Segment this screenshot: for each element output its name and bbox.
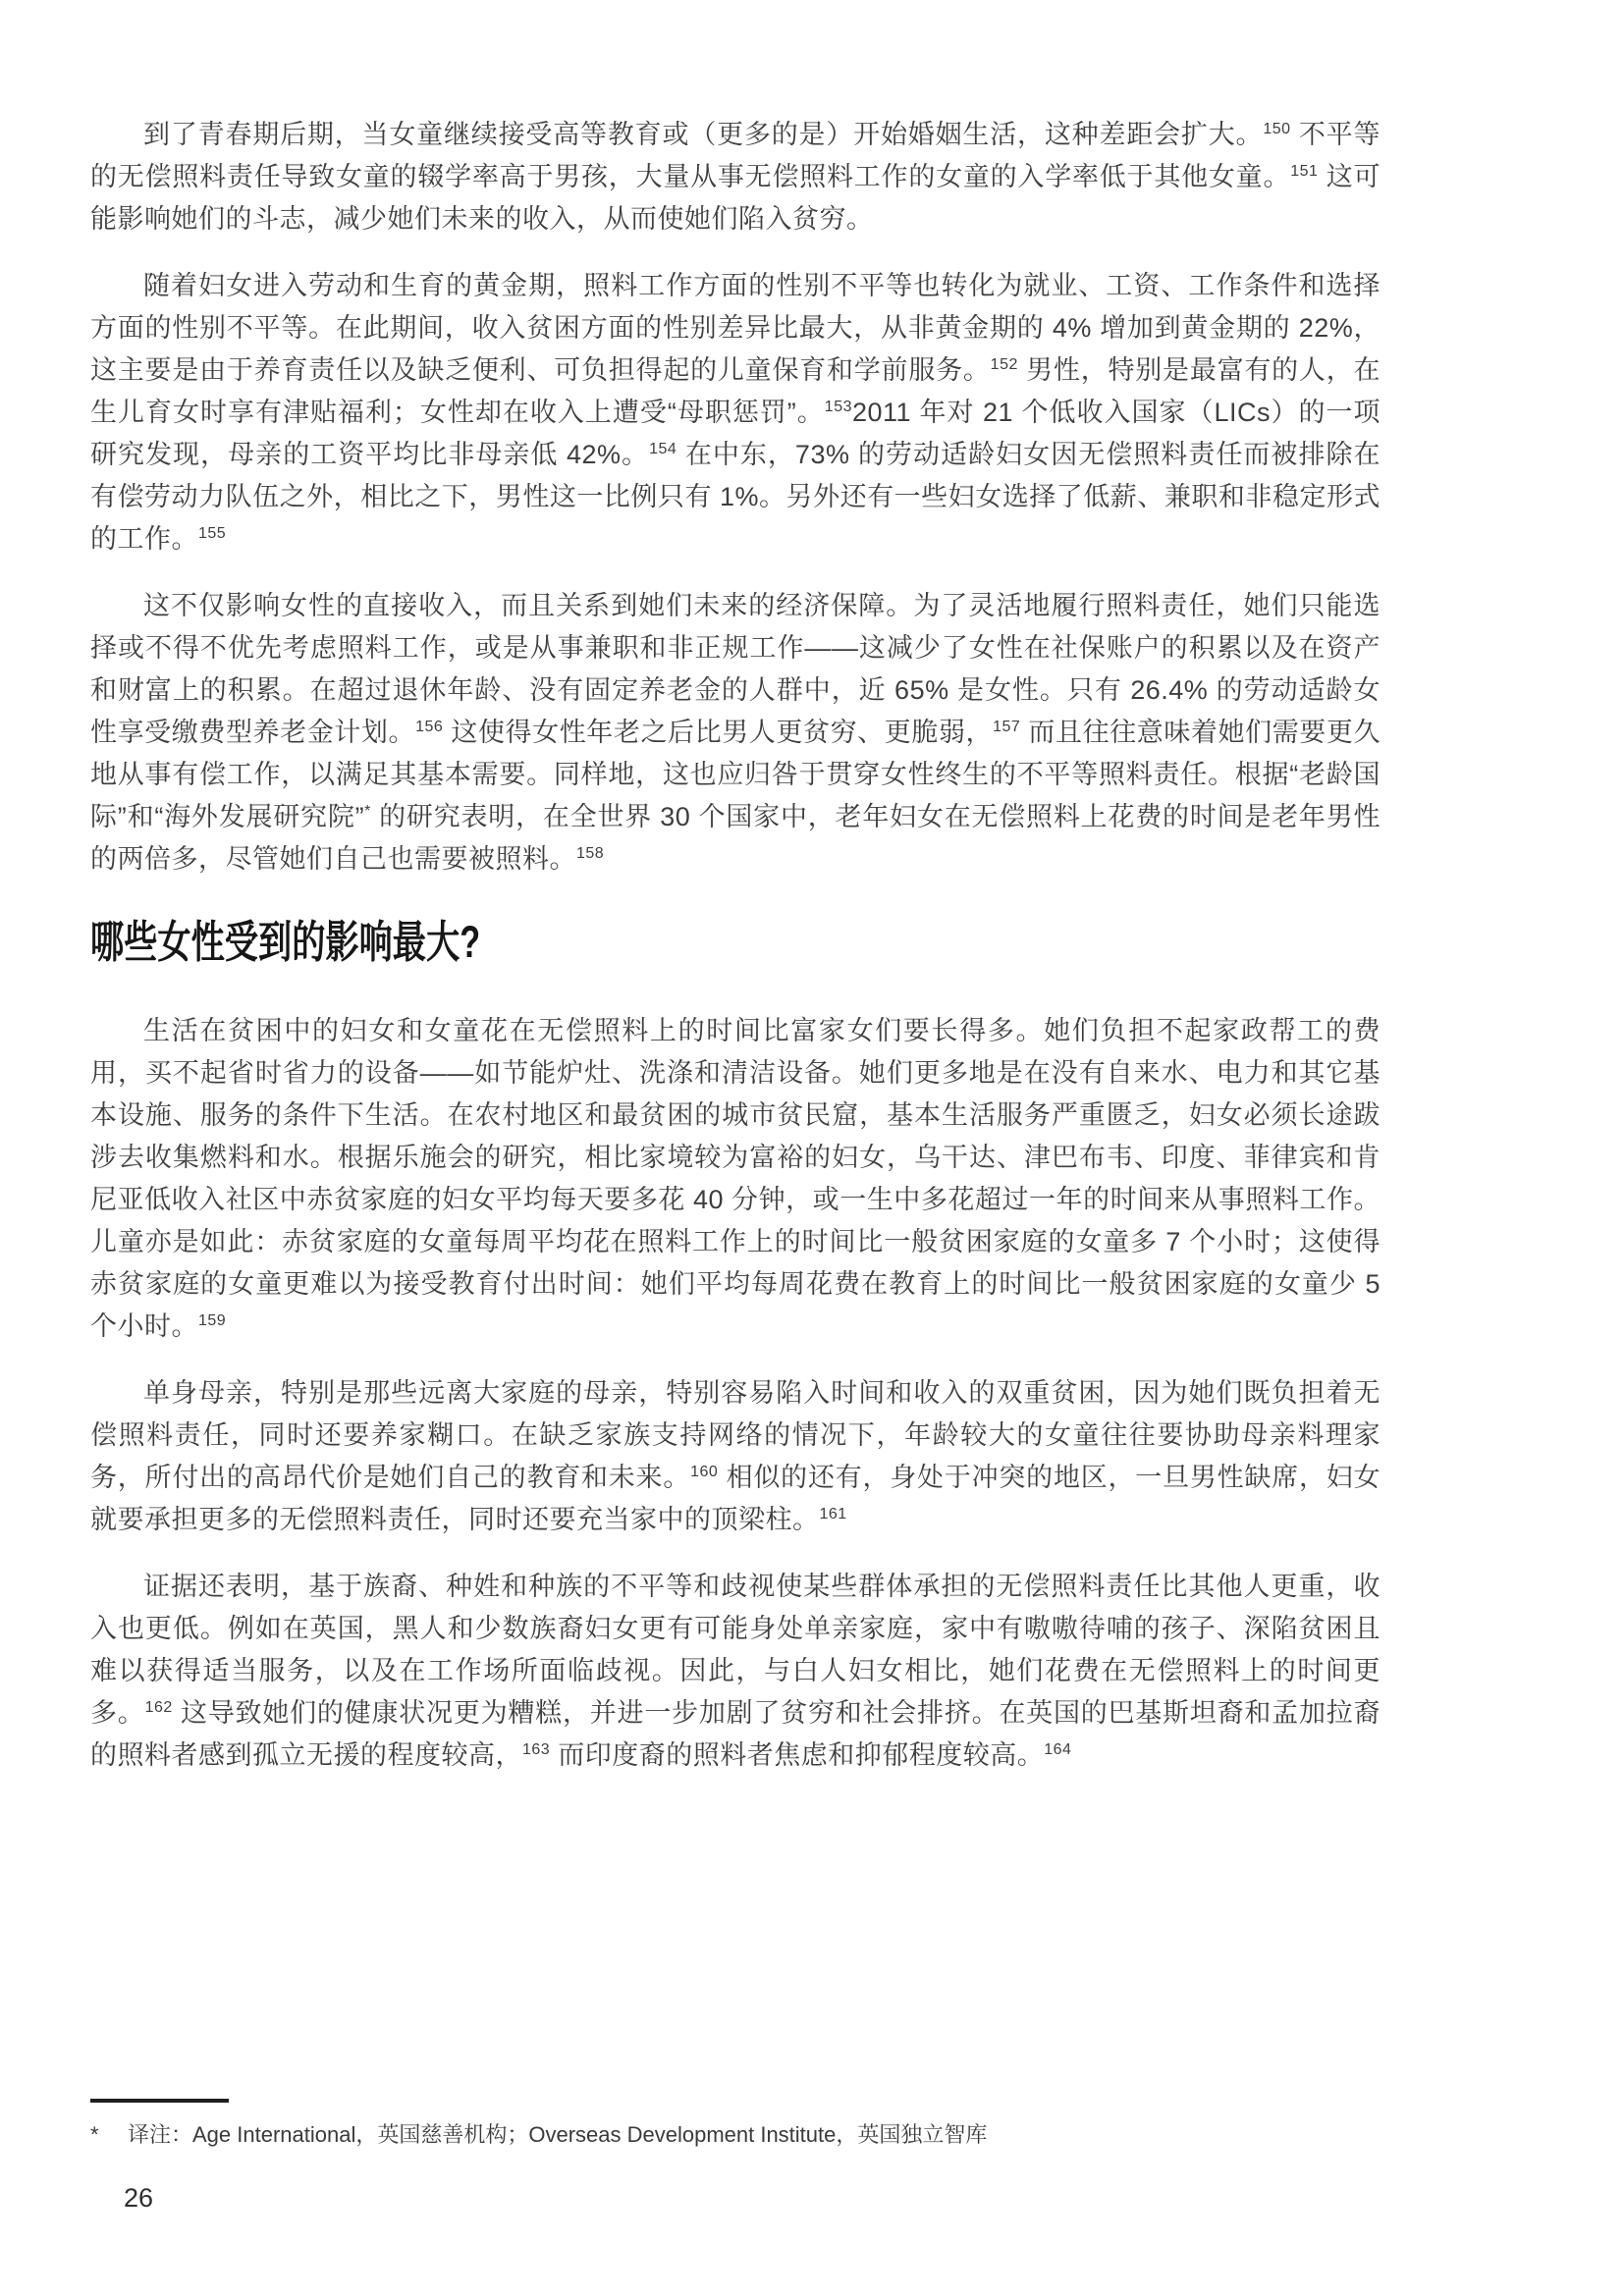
- footnote-ref: 151: [1290, 163, 1318, 180]
- footnote-ref: 162: [145, 1699, 173, 1716]
- footnote-ref: 150: [1263, 121, 1290, 137]
- footnote-ref: 161: [820, 1506, 847, 1522]
- footnote-ref: 159: [198, 1312, 226, 1329]
- page-number: 26: [124, 2183, 153, 2214]
- paragraph: 这不仅影响女性的直接收入，而且关系到她们未来的经济保障。为了灵活地履行照料责任，…: [90, 585, 1380, 881]
- footnote-ref: 152: [991, 356, 1018, 373]
- document-page: 到了青春期后期，当女童继续接受高等教育或（更多的是）开始婚姻生活，这种差距会扩大…: [0, 0, 1624, 2296]
- page-content: 到了青春期后期，当女童继续接受高等教育或（更多的是）开始婚姻生活，这种差距会扩大…: [90, 114, 1380, 1801]
- footnote-ref: 158: [576, 845, 604, 862]
- footnote-ref: 160: [690, 1464, 718, 1480]
- footnote-marker: *: [90, 2118, 128, 2152]
- footnote: * 译注：Age International，英国慈善机构；Overseas D…: [90, 2118, 1380, 2152]
- paragraph: 生活在贫困中的妇女和女童花在无偿照料上的时间比富家女们要长得多。她们负担不起家政…: [90, 1010, 1380, 1348]
- section-paragraphs: 生活在贫困中的妇女和女童花在无偿照料上的时间比富家女们要长得多。她们负担不起家政…: [90, 1010, 1380, 1777]
- paragraph: 单身母亲，特别是那些远离大家庭的母亲，特别容易陷入时间和收入的双重贫困，因为她们…: [90, 1372, 1380, 1541]
- footnote-ref: 153: [825, 399, 852, 415]
- footnote-divider: [90, 2099, 229, 2103]
- footnote-ref: *: [364, 803, 371, 820]
- paragraph: 到了青春期后期，当女童继续接受高等教育或（更多的是）开始婚姻生活，这种差距会扩大…: [90, 114, 1380, 240]
- paragraph: 证据还表明，基于族裔、种姓和种族的不平等和歧视使某些群体承担的无偿照料责任比其他…: [90, 1566, 1380, 1777]
- footnote-ref: 163: [522, 1741, 550, 1758]
- intro-paragraphs: 到了青春期后期，当女童继续接受高等教育或（更多的是）开始婚姻生活，这种差距会扩大…: [90, 114, 1380, 881]
- footnote-ref: 157: [993, 719, 1020, 735]
- footnote-ref: 155: [198, 525, 226, 542]
- footnote-text: 译注：Age International，英国慈善机构；Overseas Dev…: [128, 2118, 987, 2152]
- footnote-ref: 154: [649, 441, 677, 457]
- section-heading: 哪些女性受到的影响最大?: [90, 916, 1071, 969]
- footnote-ref: 156: [415, 719, 443, 735]
- paragraph: 随着妇女进入劳动和生育的黄金期，照料工作方面的性别不平等也转化为就业、工资、工作…: [90, 265, 1380, 561]
- footnote-ref: 164: [1044, 1741, 1071, 1758]
